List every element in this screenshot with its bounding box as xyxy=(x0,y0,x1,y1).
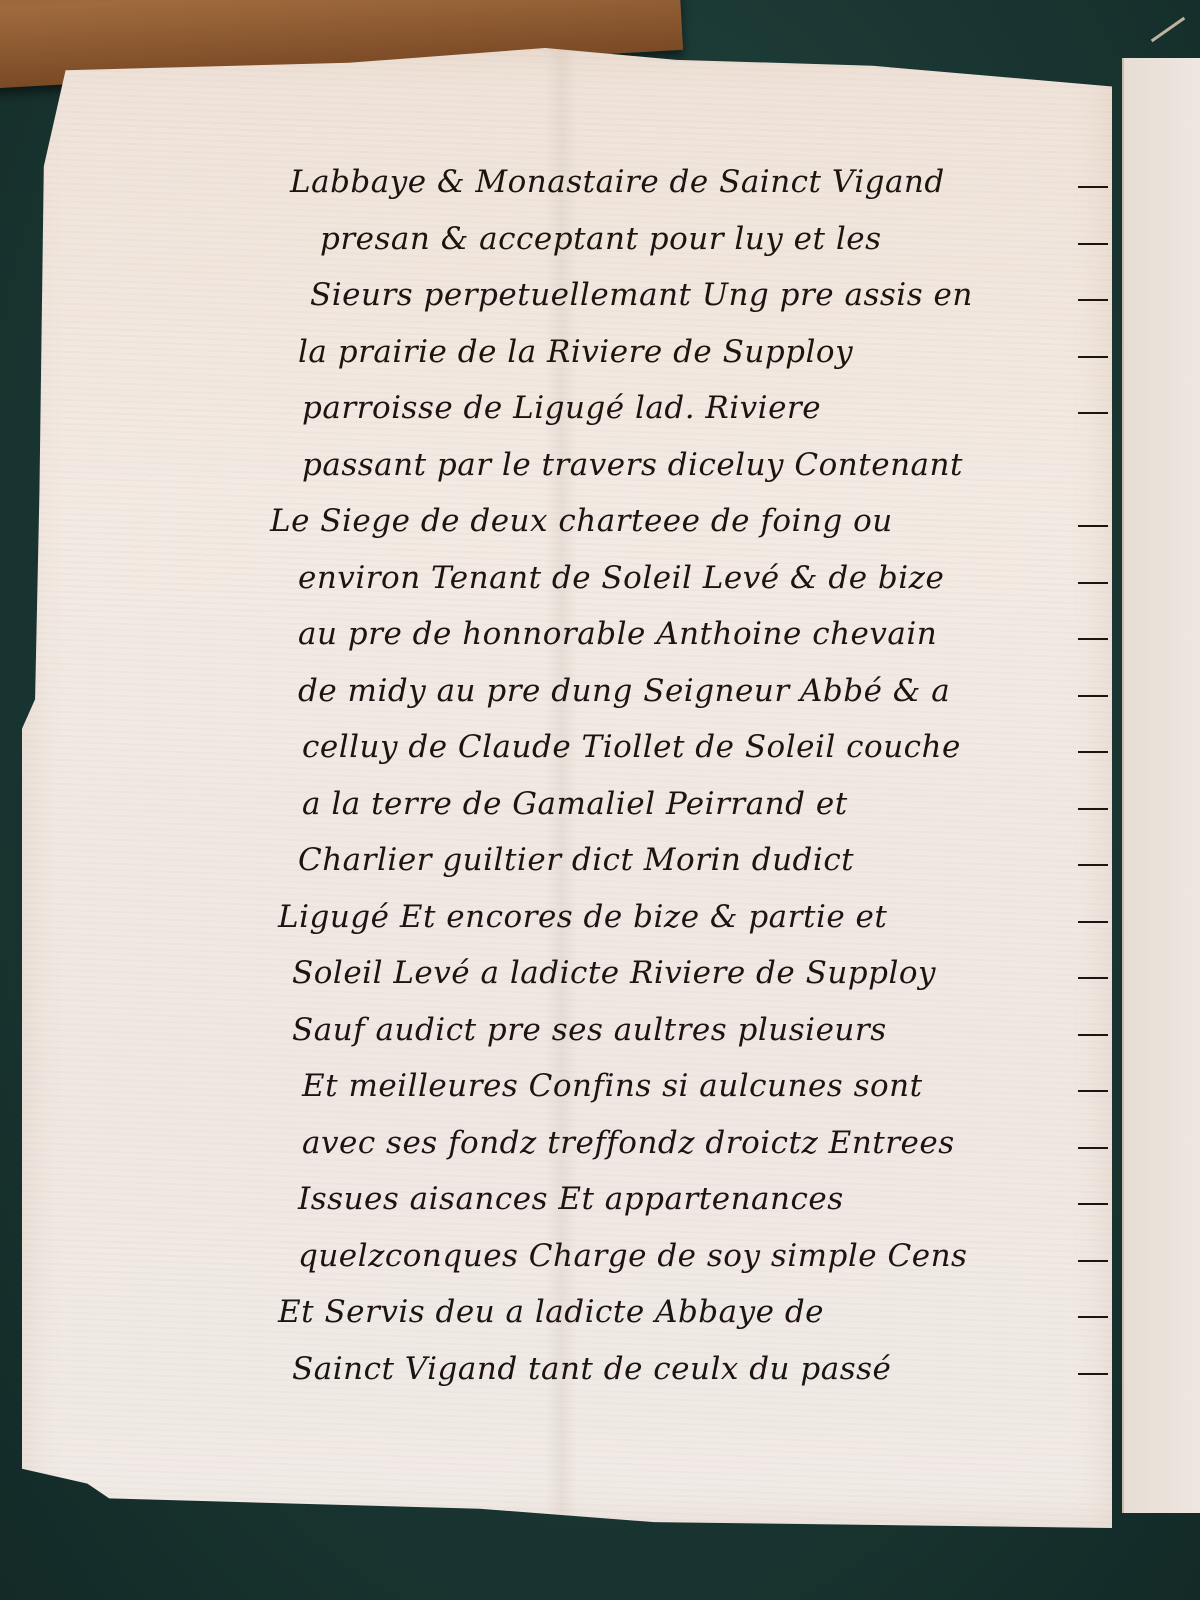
line-end-dash xyxy=(1078,412,1108,414)
line-end-dash xyxy=(1078,1373,1108,1375)
manuscript-line: presan & acceptant pour luy et les xyxy=(270,207,1100,264)
line-text: quelzconques Charge de soy simple Cens xyxy=(298,1238,967,1274)
line-text: Le Siege de deux charteee de foing ou xyxy=(270,503,893,539)
line-end-dash xyxy=(1078,1034,1108,1036)
line-end-dash xyxy=(1078,1316,1108,1318)
line-end-dash xyxy=(1078,638,1108,640)
manuscript-line: avec ses fondz treffondz droictz Entrees xyxy=(270,1111,1100,1168)
manuscript-line: au pre de honnorable Anthoine chevain xyxy=(270,602,1100,659)
manuscript-line: Soleil Levé a ladicte Riviere de Supploy xyxy=(270,941,1100,998)
line-end-dash xyxy=(1078,977,1108,979)
line-text: de midy au pre dung Seigneur Abbé & a xyxy=(298,673,950,709)
line-text: Sieurs perpetuellemant Ung pre assis en xyxy=(310,277,973,313)
manuscript-line: Sauf audict pre ses aultres plusieurs xyxy=(270,998,1100,1055)
line-text: Sainct Vigand tant de ceulx du passé xyxy=(292,1351,891,1387)
line-text: parroisse de Ligugé lad. Riviere xyxy=(302,390,821,426)
line-text: Issues aisances Et appartenances xyxy=(298,1181,844,1217)
manuscript-line: quelzconques Charge de soy simple Cens xyxy=(270,1224,1100,1281)
manuscript-line: Et meilleures Confins si aulcunes sont xyxy=(270,1054,1100,1111)
line-end-dash xyxy=(1078,808,1108,810)
line-end-dash xyxy=(1078,1260,1108,1262)
line-text: avec ses fondz treffondz droictz Entrees xyxy=(302,1125,955,1161)
line-end-dash xyxy=(1078,243,1108,245)
manuscript-line: de midy au pre dung Seigneur Abbé & a xyxy=(270,659,1100,716)
line-text: la prairie de la Riviere de Supploy xyxy=(298,334,853,370)
manuscript-line: environ Tenant de Soleil Levé & de bize xyxy=(270,546,1100,603)
line-end-dash xyxy=(1078,1147,1108,1149)
line-end-dash xyxy=(1078,1203,1108,1205)
line-end-dash xyxy=(1078,864,1108,866)
manuscript-line: Sieurs perpetuellemant Ung pre assis en xyxy=(270,263,1100,320)
line-text: environ Tenant de Soleil Levé & de bize xyxy=(298,560,944,596)
manuscript-line: la prairie de la Riviere de Supploy xyxy=(270,320,1100,377)
manuscript-line: a la terre de Gamaliel Peirrand et xyxy=(270,772,1100,829)
adjacent-page-edge xyxy=(1122,58,1200,1513)
line-text: au pre de honnorable Anthoine chevain xyxy=(298,616,937,652)
line-end-dash xyxy=(1078,356,1108,358)
manuscript-line: Le Siege de deux charteee de foing ou xyxy=(270,489,1100,546)
manuscript-line: Labbaye & Monastaire de Sainct Vigand xyxy=(270,150,1100,207)
manuscript-line: Charlier guiltier dict Morin dudict xyxy=(270,828,1100,885)
line-text: Et meilleures Confins si aulcunes sont xyxy=(302,1068,923,1104)
manuscript-line: celluy de Claude Tiollet de Soleil couch… xyxy=(270,715,1100,772)
manuscript-line: Et Servis deu a ladicte Abbaye de xyxy=(270,1280,1100,1337)
line-text: Sauf audict pre ses aultres plusieurs xyxy=(292,1012,887,1048)
line-text: Labbaye & Monastaire de Sainct Vigand xyxy=(290,164,945,200)
line-text: celluy de Claude Tiollet de Soleil couch… xyxy=(302,729,961,765)
line-text: Charlier guiltier dict Morin dudict xyxy=(298,842,854,878)
line-text: Soleil Levé a ladicte Riviere de Supploy xyxy=(292,955,936,991)
line-end-dash xyxy=(1078,921,1108,923)
line-end-dash xyxy=(1078,1090,1108,1092)
line-end-dash xyxy=(1078,186,1108,188)
manuscript-line: Issues aisances Et appartenances xyxy=(270,1167,1100,1224)
line-text: passant par le travers diceluy Contenant xyxy=(302,447,963,483)
line-text: a la terre de Gamaliel Peirrand et xyxy=(302,786,848,822)
line-end-dash xyxy=(1078,299,1108,301)
line-text: Ligugé Et encores de bize & partie et xyxy=(278,899,887,935)
manuscript-line: Ligugé Et encores de bize & partie et xyxy=(270,885,1100,942)
line-end-dash xyxy=(1078,525,1108,527)
manuscript-line: parroisse de Ligugé lad. Riviere xyxy=(270,376,1100,433)
line-text: presan & acceptant pour luy et les xyxy=(320,221,882,257)
manuscript-line: passant par le travers diceluy Contenant xyxy=(270,433,1100,490)
line-end-dash xyxy=(1078,695,1108,697)
manuscript-line: Sainct Vigand tant de ceulx du passé xyxy=(270,1337,1100,1394)
line-text: Et Servis deu a ladicte Abbaye de xyxy=(278,1294,824,1330)
line-end-dash xyxy=(1078,751,1108,753)
line-end-dash xyxy=(1078,582,1108,584)
manuscript-text: Labbaye & Monastaire de Sainct Vigand pr… xyxy=(270,150,1100,1393)
